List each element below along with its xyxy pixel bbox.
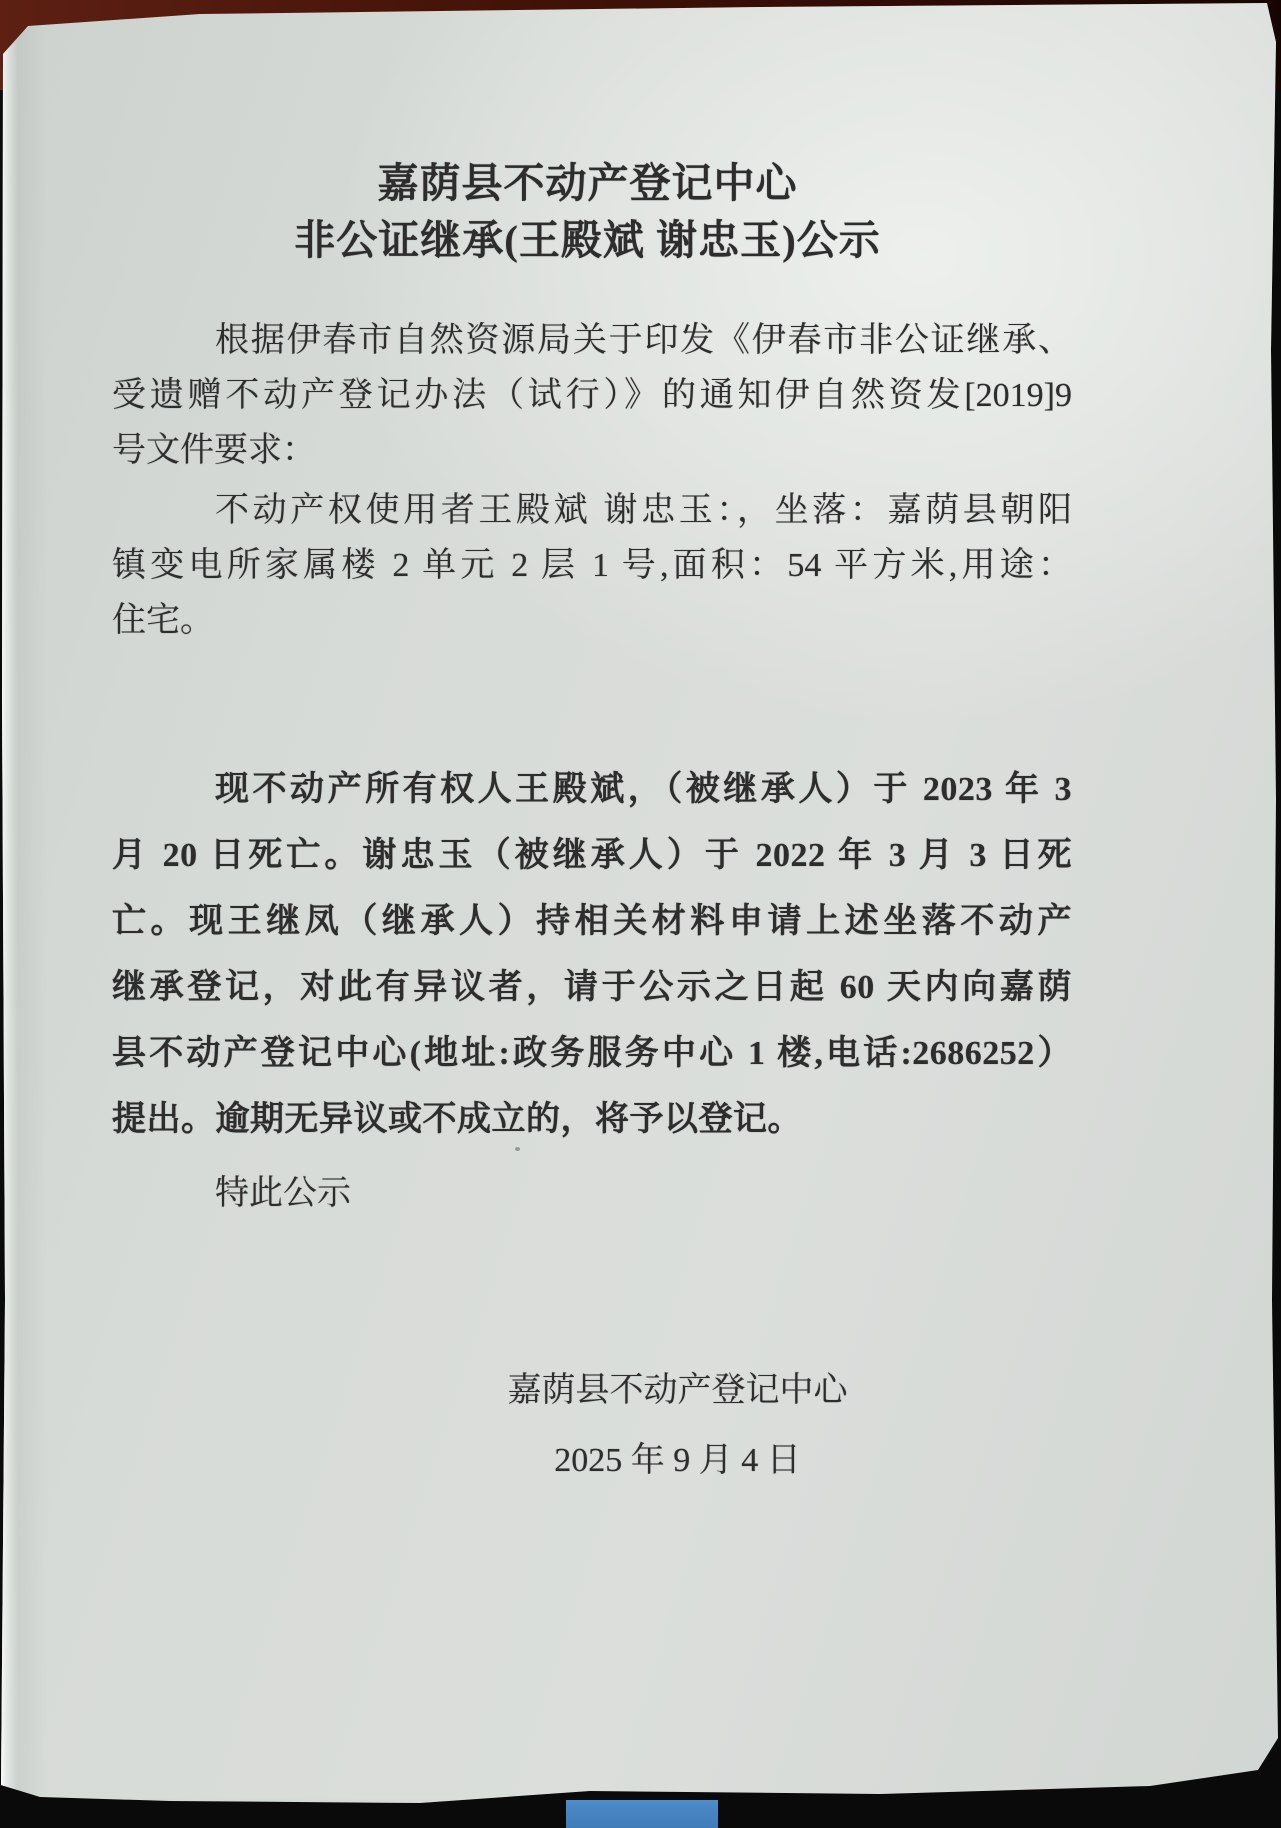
dust-speck xyxy=(515,1147,520,1151)
para1-line-3: 号文件要求： xyxy=(112,423,1072,478)
signature-org: 嘉荫县不动产登记中心 xyxy=(190,1363,1165,1418)
para1-line-1: 根据伊春市自然资源局关于印发《伊春市非公证继承、 xyxy=(112,313,1072,368)
document-content: 嘉荫县不动产登记中心 非公证继承(王殿斌 谢忠玉)公示 根据伊春市自然资源局关于… xyxy=(0,0,1281,1828)
para3-line-4: 继承登记，对此有异议者，请于公示之日起 60 天内向嘉荫 xyxy=(112,955,1072,1021)
notice-document: 嘉荫县不动产登记中心 非公证继承(王殿斌 谢忠玉)公示 根据伊春市自然资源局关于… xyxy=(0,0,1281,1828)
title-line-2: 非公证继承(王殿斌 谢忠玉)公示 xyxy=(0,212,1175,269)
photo-scene: 嘉荫县不动产登记中心 非公证继承(王殿斌 谢忠玉)公示 根据伊春市自然资源局关于… xyxy=(0,0,1281,1828)
paragraph-basis: 根据伊春市自然资源局关于印发《伊春市非公证继承、 受遗赠不动产登记办法（试行）》… xyxy=(112,313,1072,478)
para3-line-2: 月 20 日死亡。谢忠玉（被继承人）于 2022 年 3 月 3 日死 xyxy=(112,823,1072,889)
title-line-1: 嘉荫县不动产登记中心 xyxy=(0,155,1175,212)
document-title: 嘉荫县不动产登记中心 非公证继承(王殿斌 谢忠玉)公示 xyxy=(0,155,1175,269)
para3-line-5: 县不动产登记中心(地址:政务服务中心 1 楼,电话:2686252） xyxy=(112,1021,1072,1087)
para1-line-2: 受遗赠不动产登记办法（试行）》的通知伊自然资发[2019]9 xyxy=(112,368,1072,423)
para3-line-1: 现不动产所有权人王殿斌，（被继承人）于 2023 年 3 xyxy=(112,757,1072,823)
para3-line-3: 亡。现王继凤（继承人）持相关材料申请上述坐落不动产 xyxy=(112,889,1072,955)
blue-object xyxy=(566,1800,718,1828)
para2-line-1: 不动产权使用者王殿斌 谢忠玉：，坐落：嘉荫县朝阳 xyxy=(112,483,1072,538)
closing-line: 特此公示 xyxy=(112,1166,1072,1221)
signature-date: 2025 年 9 月 4 日 xyxy=(190,1433,1165,1488)
paragraph-property: 不动产权使用者王殿斌 谢忠玉：，坐落：嘉荫县朝阳 镇变电所家属楼 2 单元 2 … xyxy=(112,483,1072,648)
paragraph-inheritance: 现不动产所有权人王殿斌，（被继承人）于 2023 年 3 月 20 日死亡。谢忠… xyxy=(112,757,1072,1153)
para2-line-2: 镇变电所家属楼 2 单元 2 层 1 号,面积：54 平方米,用途： xyxy=(112,538,1072,593)
para3-line-6: 提出。逾期无异议或不成立的，将予以登记。 xyxy=(112,1087,1072,1153)
para2-line-3: 住宅。 xyxy=(112,593,1072,648)
